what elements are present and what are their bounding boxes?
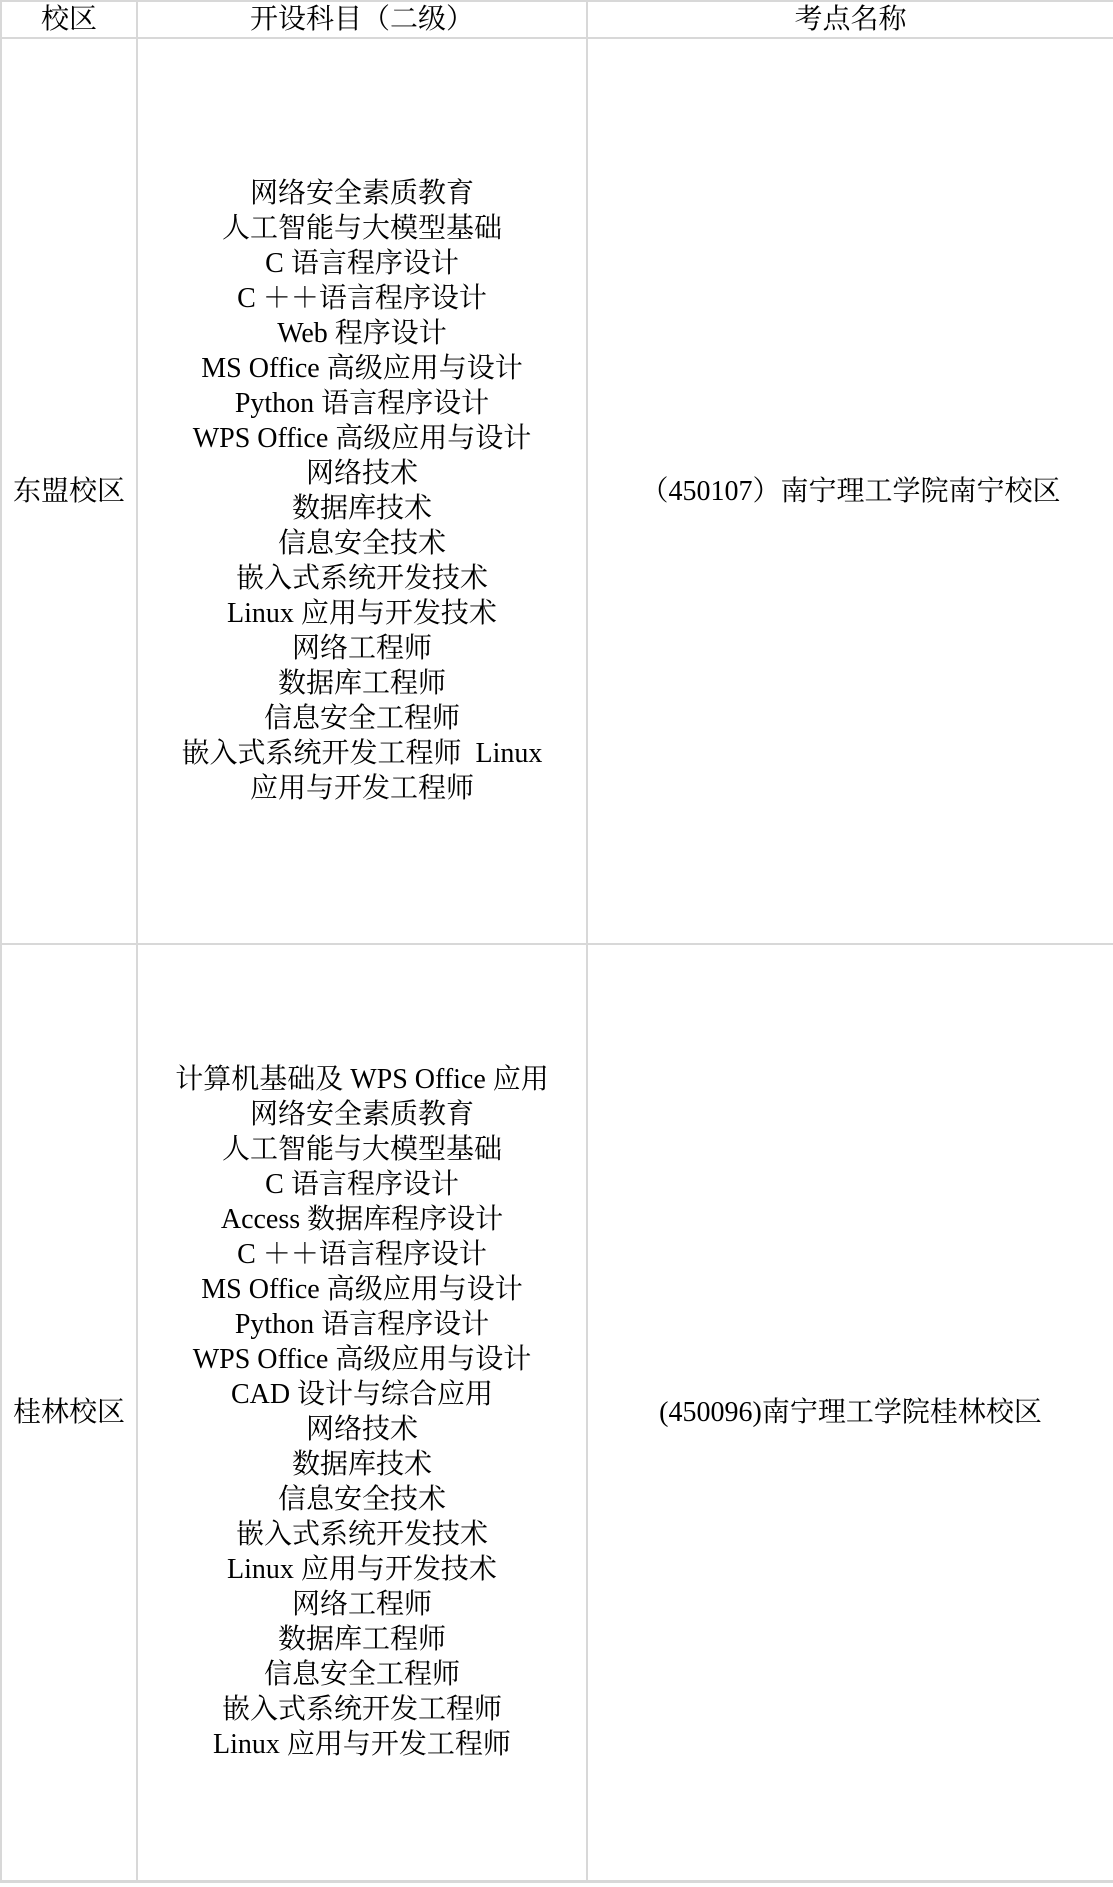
header-subjects: 开设科目（二级）	[137, 1, 587, 38]
subject-list: 计算机基础及 WPS Office 应用网络安全素质教育人工智能与大模型基础C …	[138, 1062, 586, 1762]
subject-line: 人工智能与大模型基础	[138, 1132, 586, 1167]
table-row-dongmeng: 东盟校区 网络安全素质教育人工智能与大模型基础C 语言程序设计C ＋＋语言程序设…	[1, 38, 1113, 944]
subject-list: 网络安全素质教育人工智能与大模型基础C 语言程序设计C ＋＋语言程序设计Web …	[138, 176, 586, 806]
campus-name: 东盟校区	[1, 38, 137, 944]
subject-line: 信息安全技术	[138, 1482, 586, 1517]
subject-line: 信息安全工程师	[138, 701, 586, 736]
exam-site-name: （450107）南宁理工学院南宁校区	[587, 38, 1113, 944]
subject-line: 网络技术	[138, 1412, 586, 1447]
subject-line: Web 程序设计	[138, 316, 586, 351]
table-header: 校区 开设科目（二级） 考点名称	[1, 1, 1113, 38]
subject-line: 信息安全技术	[138, 526, 586, 561]
table-body: 东盟校区 网络安全素质教育人工智能与大模型基础C 语言程序设计C ＋＋语言程序设…	[1, 38, 1113, 1881]
subject-line: 数据库工程师	[138, 666, 586, 701]
subject-line: Access 数据库程序设计	[138, 1202, 586, 1237]
subject-line: 网络安全素质教育	[138, 1097, 586, 1132]
header-row: 校区 开设科目（二级） 考点名称	[1, 1, 1113, 38]
subject-line: WPS Office 高级应用与设计	[138, 421, 586, 456]
subject-line: 信息安全工程师	[138, 1657, 586, 1692]
subjects-cell: 计算机基础及 WPS Office 应用网络安全素质教育人工智能与大模型基础C …	[137, 944, 587, 1881]
subject-line: 嵌入式系统开发技术	[138, 1517, 586, 1552]
header-exam-site: 考点名称	[587, 1, 1113, 38]
subject-line: 数据库技术	[138, 1447, 586, 1482]
subject-line: 网络安全素质教育	[138, 176, 586, 211]
subject-line: MS Office 高级应用与设计	[138, 351, 586, 386]
subject-line: 嵌入式系统开发工程师	[138, 1692, 586, 1727]
header-campus: 校区	[1, 1, 137, 38]
subject-line: C ＋＋语言程序设计	[138, 281, 586, 316]
subject-line: 嵌入式系统开发技术	[138, 561, 586, 596]
subject-line: Python 语言程序设计	[138, 1307, 586, 1342]
subject-line: C 语言程序设计	[138, 246, 586, 281]
subject-line: WPS Office 高级应用与设计	[138, 1342, 586, 1377]
subject-line: CAD 设计与综合应用	[138, 1377, 586, 1412]
exam-sites-table: 校区 开设科目（二级） 考点名称 东盟校区 网络安全素质教育人工智能与大模型基础…	[0, 0, 1113, 1883]
subject-line: Linux 应用与开发技术	[138, 1552, 586, 1587]
subject-line: 网络技术	[138, 456, 586, 491]
subject-line: 网络工程师	[138, 631, 586, 666]
subject-line: 人工智能与大模型基础	[138, 211, 586, 246]
campus-name: 桂林校区	[1, 944, 137, 1881]
subject-line: 计算机基础及 WPS Office 应用	[138, 1062, 586, 1097]
subject-line: Linux 应用与开发技术	[138, 596, 586, 631]
exam-site-name: (450096)南宁理工学院桂林校区	[587, 944, 1113, 1881]
subject-line: 嵌入式系统开发工程师 Linux	[138, 736, 586, 771]
subject-line: C 语言程序设计	[138, 1167, 586, 1202]
subject-line: C ＋＋语言程序设计	[138, 1237, 586, 1272]
subject-line: 数据库技术	[138, 491, 586, 526]
subject-line: 数据库工程师	[138, 1622, 586, 1657]
subject-line: 网络工程师	[138, 1587, 586, 1622]
table-row-guilin: 桂林校区 计算机基础及 WPS Office 应用网络安全素质教育人工智能与大模…	[1, 944, 1113, 1881]
subject-line: MS Office 高级应用与设计	[138, 1272, 586, 1307]
subject-line: Linux 应用与开发工程师	[138, 1727, 586, 1762]
subject-line: 应用与开发工程师	[138, 771, 586, 806]
subject-line: Python 语言程序设计	[138, 386, 586, 421]
subjects-cell: 网络安全素质教育人工智能与大模型基础C 语言程序设计C ＋＋语言程序设计Web …	[137, 38, 587, 944]
